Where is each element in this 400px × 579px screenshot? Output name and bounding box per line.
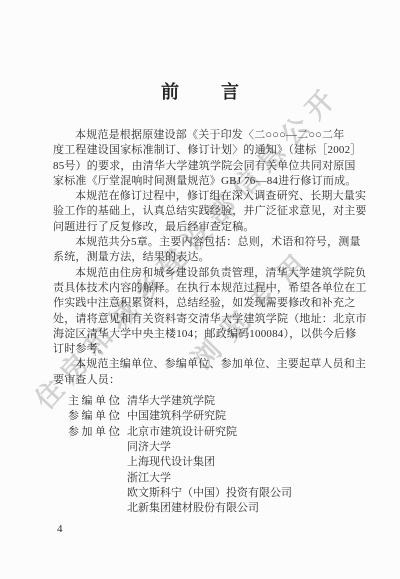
org-label: 主编单位 [68,394,116,409]
page-number: 4 [57,523,63,535]
body-line: 本规范由住房和城乡建设部负责管理，清华大学建筑学院负 [53,266,349,281]
org-label: 参加单位 [68,425,116,440]
page-content: 前 言 本规范是根据原建设部《关于印发〈二○○○—二○○二年 度工程建设国家标准… [53,78,349,516]
body-line: 系统，测量方法，结果的表达。 [53,250,349,265]
org-value: 清华大学建筑学院 [127,395,215,407]
org-value: 上海现代设计集团 [127,456,215,468]
organization-list: 主编单位：清华大学建筑学院 参编单位：中国建筑科学研究院 参加单位：北京市建筑设… [53,394,349,516]
org-row-participant: 浙江大学 [68,471,349,486]
org-row-participant: 参加单位：北京市建筑设计研究院 [68,425,349,440]
body-line: 本规范主编单位、参编单位、参加单位、主要起草人员和主 [53,357,349,372]
body-line: 度工程建设国家标准制订、修订计划〉的通知》（建标［2002］ [53,143,349,158]
body-line: 本规范在修订过程中，修订组在深入调查研究、长期大量实 [53,189,349,204]
org-row-participant: 上海现代设计集团 [68,455,349,470]
org-value: 北新集团建材股份有限公司 [127,502,259,514]
body-line: 本规范是根据原建设部《关于印发〈二○○○—二○○二年 [53,128,349,143]
body-line: 处，请将意见和有关资料寄交清华大学建筑学院（地址：北京市 [53,312,349,327]
body-line: 问题进行了反复修改，最后经审查定稿。 [53,220,349,235]
body-line: 要审查人员： [53,373,349,388]
org-value: 同济大学 [127,441,171,453]
org-value: 欧文斯科宁（中国）投资有限公司 [127,487,292,499]
body-line: 本规范共分5章。主要内容包括：总则，术语和符号，测量 [53,235,349,250]
org-row-co-editor: 参编单位：中国建筑科学研究院 [68,409,349,424]
body-line: 85号）的要求，由清华大学建筑学院会同有关单位共同对原国 [53,159,349,174]
org-separator: ： [116,425,127,440]
document-page: 住房和城乡建设部信息公开 浏览专用 前 言 本规范是根据原建设部《关于印发〈二○… [0,0,400,579]
body-line: 作实践中注意积累资料，总结经验，如发现需要修改和补充之 [53,296,349,311]
org-value: 浙江大学 [127,472,171,484]
body-line: 海淀区清华大学中央主楼104；邮政编码100084），以供今后修 [53,327,349,342]
body-line: 责具体技术内容的解释。在执行本规范过程中，希望各单位在工 [53,281,349,296]
org-value: 中国建筑科学研究院 [127,410,226,422]
body-line: 验工作的基础上，认真总结实践经验，并广泛征求意见，对主要 [53,204,349,219]
org-separator: ： [116,394,127,409]
preface-body: 本规范是根据原建设部《关于印发〈二○○○—二○○二年 度工程建设国家标准制订、修… [53,128,349,388]
body-line: 订时参考。 [53,342,349,357]
org-row-participant: 北新集团建材股份有限公司 [68,501,349,516]
org-row-participant: 欧文斯科宁（中国）投资有限公司 [68,486,349,501]
org-separator: ： [116,409,127,424]
org-value: 北京市建筑设计研究院 [127,426,237,438]
org-row-participant: 同济大学 [68,440,349,455]
page-title: 前 言 [53,78,349,104]
org-label: 参编单位 [68,409,116,424]
org-row-chief-editor: 主编单位：清华大学建筑学院 [68,394,349,409]
body-line: 家标准《厅堂混响时间测量规范》GBJ 76—84进行修订而成。 [53,174,349,189]
